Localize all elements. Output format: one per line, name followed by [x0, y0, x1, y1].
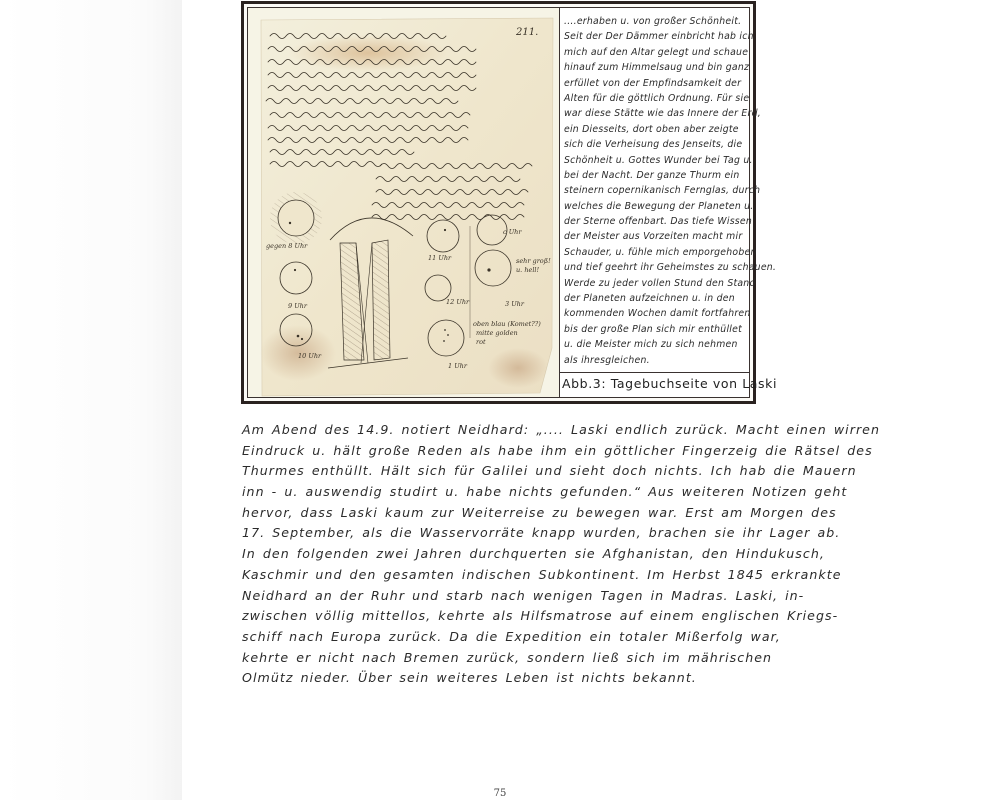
diary-line: ....erhaben u. von großer Schönheit.: [564, 14, 749, 29]
body-line: In den folgenden zwei Jahren durchquerte…: [242, 544, 762, 565]
svg-text:3 Uhr: 3 Uhr: [505, 300, 525, 308]
figure-frame: 211.: [241, 1, 756, 404]
diary-line: u. die Meister mich zu sich nehmen: [564, 337, 749, 352]
body-paragraph: Am Abend des 14.9. notiert Neidhard: „..…: [242, 420, 762, 689]
svg-text:gegen 8 Uhr: gegen 8 Uhr: [266, 242, 308, 250]
diary-line: erfüllet von der Empfindsamkeit der: [564, 76, 749, 91]
diary-line: als ihresgleichen.: [564, 353, 749, 368]
figure-caption: Abb.3: Tagebuchseite von Laski: [560, 372, 749, 397]
svg-text:c Uhr: c Uhr: [503, 228, 522, 236]
body-line: inn - u. auswendig studirt u. habe nicht…: [242, 482, 762, 503]
body-line: 17. September, als die Wasservorräte kna…: [242, 523, 762, 544]
body-line: Eindruck u. hält große Reden als habe ih…: [242, 441, 762, 462]
figure-inner-border: 211.: [247, 7, 750, 398]
page-number: 75: [0, 788, 1000, 799]
diary-line: hinauf zum Himmelsaug und bin ganz: [564, 60, 749, 75]
svg-text:oben blau (Komet??): oben blau (Komet??): [473, 320, 541, 328]
body-line: Olmütz nieder. Über sein weiteres Leben …: [242, 668, 762, 689]
manuscript-photo: 211.: [248, 8, 559, 397]
diary-line: und tief geehrt ihr Geheimstes zu schaue…: [564, 260, 749, 275]
svg-text:10 Uhr: 10 Uhr: [298, 352, 322, 360]
body-line: Neidhard an der Ruhr und starb nach weni…: [242, 586, 762, 607]
body-line: zwischen völlig mittellos, kehrte als Hi…: [242, 606, 762, 627]
diary-line: bis der große Plan sich mir enthüllet: [564, 322, 749, 337]
manuscript-page-number: 211.: [515, 27, 538, 38]
diary-line: Seit der Der Dämmer einbricht hab ich: [564, 29, 749, 44]
diary-line: welches die Bewegung der Planeten u.: [564, 199, 749, 214]
body-line: hervor, dass Laski kaum zur Weiterreise …: [242, 503, 762, 524]
page-gutter-shade: [0, 0, 182, 800]
diary-transcription: ....erhaben u. von großer Schönheit. Sei…: [564, 14, 749, 368]
diary-line: der Meister aus Vorzeiten macht mir: [564, 229, 749, 244]
svg-text:mitte golden: mitte golden: [476, 329, 518, 337]
body-line: Thurmes enthüllt. Hält sich für Galilei …: [242, 461, 762, 482]
body-line: Am Abend des 14.9. notiert Neidhard: „..…: [242, 420, 762, 441]
body-line: schiff nach Europa zurück. Da die Expedi…: [242, 627, 762, 648]
body-line: Kaschmir und den gesamten indischen Subk…: [242, 565, 762, 586]
body-line: kehrte er nicht nach Bremen zurück, sond…: [242, 648, 762, 669]
svg-text:sehr groß!: sehr groß!: [516, 257, 551, 265]
diary-line: der Sterne offenbart. Das tiefe Wissen: [564, 214, 749, 229]
svg-text:rot: rot: [476, 338, 486, 346]
svg-text:11 Uhr: 11 Uhr: [428, 254, 452, 262]
svg-text:u. hell!: u. hell!: [516, 266, 540, 274]
diary-line: Schönheit u. Gottes Wunder bei Tag u.: [564, 153, 749, 168]
diary-line: sich die Verheisung des Jenseits, die: [564, 137, 749, 152]
diary-line: war diese Stätte wie das Innere der Erd,: [564, 106, 749, 121]
svg-text:9 Uhr: 9 Uhr: [288, 302, 308, 310]
manuscript-sketch-image: 211.: [248, 8, 559, 397]
diary-line: steinern copernikanisch Fernglas, durch: [564, 183, 749, 198]
svg-text:12 Uhr: 12 Uhr: [446, 298, 470, 306]
diary-line: Alten für die göttlich Ordnung. Für sie: [564, 91, 749, 106]
svg-text:1 Uhr: 1 Uhr: [448, 362, 468, 370]
diary-line: bei der Nacht. Der ganze Thurm ein: [564, 168, 749, 183]
diary-line: Werde zu jeder vollen Stund den Stand: [564, 276, 749, 291]
diary-line: kommenden Wochen damit fortfahren: [564, 306, 749, 321]
diary-line: der Planeten aufzeichnen u. in den: [564, 291, 749, 306]
diary-line: ein Diesseits, dort oben aber zeigte: [564, 122, 749, 137]
diary-line: mich auf den Altar gelegt und schaue: [564, 45, 749, 60]
diary-transcription-column: ....erhaben u. von großer Schönheit. Sei…: [559, 8, 749, 397]
diary-line: Schauder, u. fühle mich emporgehoben: [564, 245, 749, 260]
